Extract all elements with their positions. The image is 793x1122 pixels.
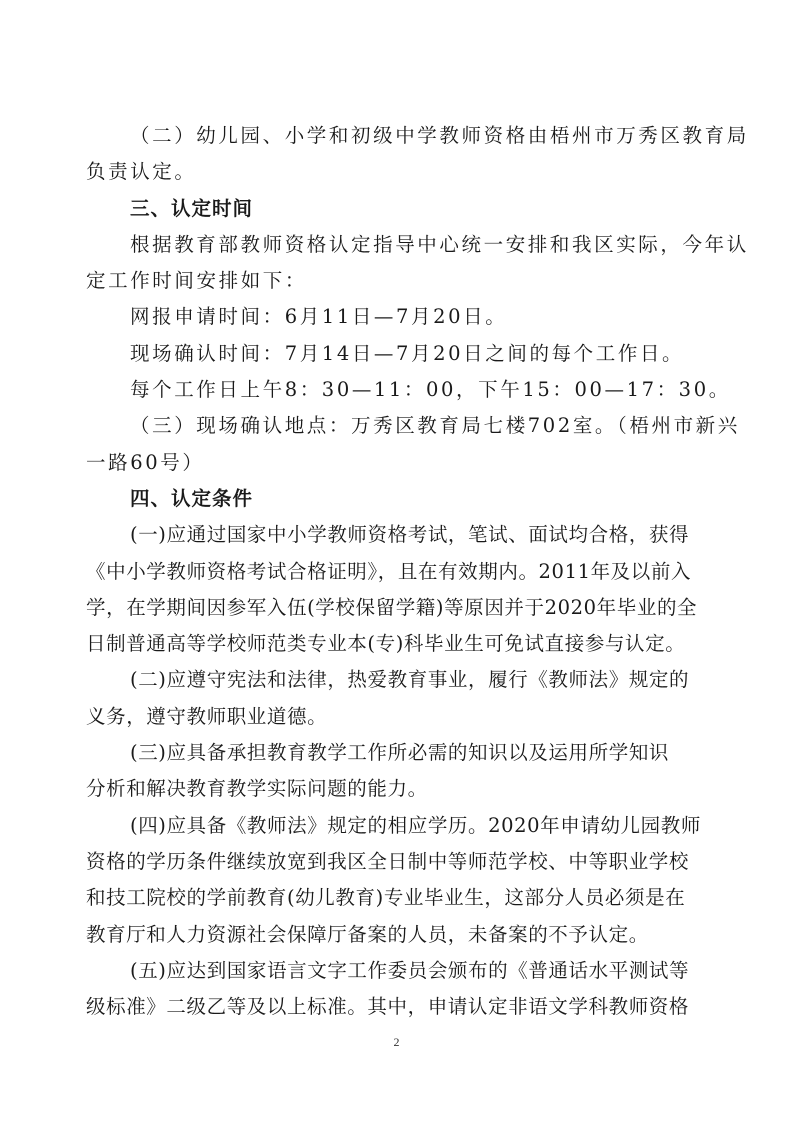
paragraph-line: (一)应通过国家中小学教师资格考试，笔试、面试均合格，获得 xyxy=(86,517,714,553)
paragraph-line: 和技工院校的学前教育(幼儿教育)专业毕业生，这部分人员必须是在 xyxy=(86,880,714,916)
paragraph-line: 现场确认时间：7月14日—7月20日之间的每个工作日。 xyxy=(86,336,714,372)
paragraph-line: 义务，遵守教师职业道德。 xyxy=(86,699,714,735)
paragraph-line: (四)应具备《教师法》规定的相应学历。2020年申请幼儿园教师 xyxy=(86,808,714,844)
paragraph-line: 教育厅和人力资源社会保障厅备案的人员，未备案的不予认定。 xyxy=(86,917,714,953)
paragraph-line: 资格的学历条件继续放宽到我区全日制中等师范学校、中等职业学校 xyxy=(86,844,714,880)
section-heading: 四、认定条件 xyxy=(86,481,714,517)
paragraph-line: 每个工作日上午8：30—11：00，下午15：00—17：30。 xyxy=(86,372,714,408)
paragraph-line: 日制普通高等学校师范类专业本(专)科毕业生可免试直接参与认定。 xyxy=(86,626,714,662)
paragraph-line: 网报申请时间：6月11日—7月20日。 xyxy=(86,299,714,335)
paragraph-line: 定工作时间安排如下： xyxy=(86,263,714,299)
paragraph-line: 学，在学期间因参军入伍(学校保留学籍)等原因并于2020年毕业的全 xyxy=(86,590,714,626)
paragraph-line: 分析和解决教育教学实际问题的能力。 xyxy=(86,771,714,807)
page-number: 2 xyxy=(0,1035,793,1050)
paragraph-line: (二)应遵守宪法和法律，热爱教育事业，履行《教师法》规定的 xyxy=(86,662,714,698)
paragraph-line: (三)应具备承担教育教学工作所必需的知识以及运用所学知识 xyxy=(86,735,714,771)
paragraph-line: （二）幼儿园、小学和初级中学教师资格由梧州市万秀区教育局 xyxy=(86,118,714,154)
document-body: （二）幼儿园、小学和初级中学教师资格由梧州市万秀区教育局 负责认定。 三、认定时… xyxy=(86,118,714,1025)
paragraph-line: 负责认定。 xyxy=(86,154,714,190)
paragraph-line: (五)应达到国家语言文字工作委员会颁布的《普通话水平测试等 xyxy=(86,953,714,989)
section-heading: 三、认定时间 xyxy=(86,191,714,227)
paragraph-line: 一路60号） xyxy=(86,445,714,481)
paragraph-line: （三）现场确认地点：万秀区教育局七楼702室。（梧州市新兴 xyxy=(86,408,714,444)
paragraph-line: 根据教育部教师资格认定指导中心统一安排和我区实际，今年认 xyxy=(86,227,714,263)
paragraph-line: 《中小学教师资格考试合格证明》，且在有效期内。2011年及以前入 xyxy=(86,554,714,590)
paragraph-line: 级标准》二级乙等及以上标准。其中，申请认定非语文学科教师资格 xyxy=(86,989,714,1025)
